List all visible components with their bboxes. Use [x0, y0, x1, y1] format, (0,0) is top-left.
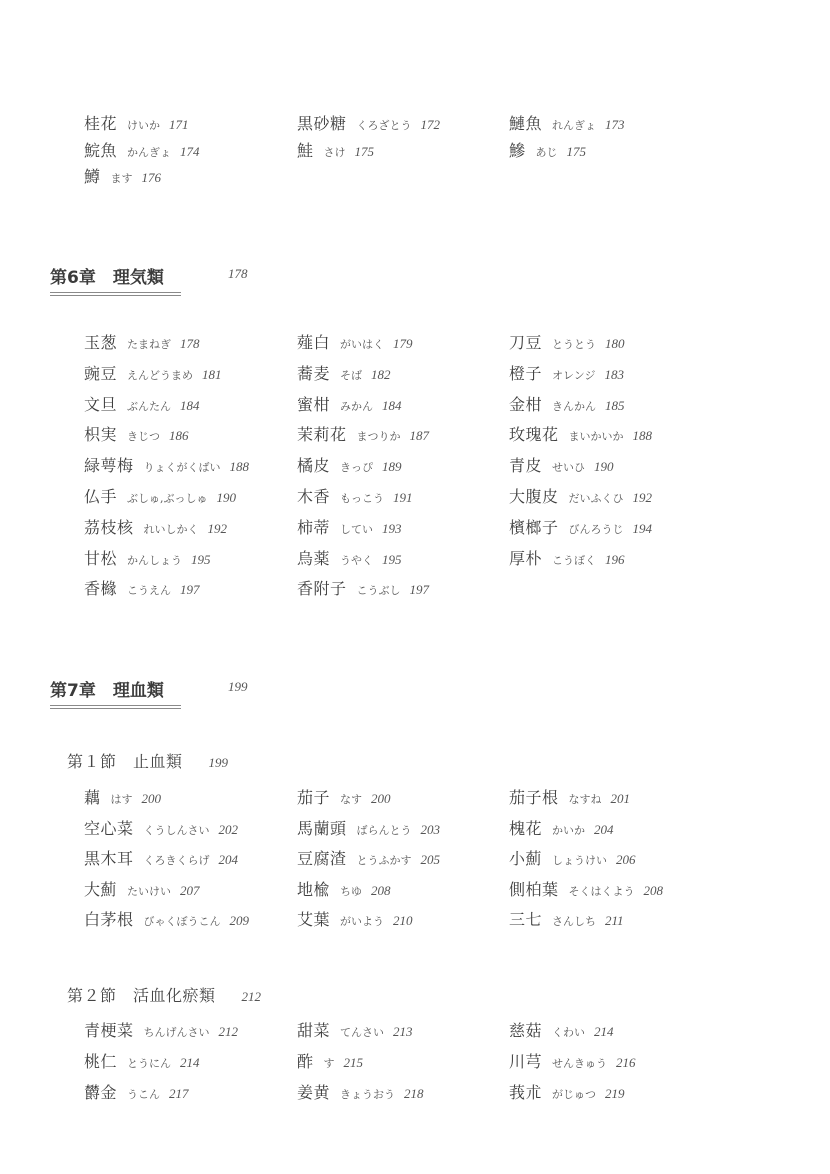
chapter-heading: 第7章 理血類199 — [50, 676, 181, 709]
entry-reading: だいふくひ — [569, 490, 624, 506]
index-row: 香櫞こうえん197香附子こうぶし197 — [0, 576, 830, 602]
index-row: 文旦ぶんたん184蜜柑みかん184金柑きんかん185 — [0, 392, 830, 418]
index-entry: 厚朴こうぼく196 — [509, 546, 625, 569]
index-row: 茘枝核れいしかく192柿蒂してい193檳榔子びんろうじ194 — [0, 515, 830, 541]
entry-page-number: 174 — [180, 144, 200, 160]
entry-page-number: 197 — [180, 582, 200, 598]
entry-reading: とうとう — [552, 336, 596, 352]
index-entry: 鰱魚れんぎょ173 — [509, 111, 625, 134]
entry-term: 大薊 — [84, 877, 117, 900]
entry-term: 鰺 — [509, 138, 526, 161]
entry-page-number: 211 — [605, 913, 624, 929]
entry-reading: さんしち — [552, 913, 596, 929]
entry-reading: がいよう — [340, 913, 384, 929]
entry-term: 茉莉花 — [297, 422, 347, 445]
entry-reading: まいかいか — [569, 428, 624, 444]
index-entry: 桃仁とうにん214 — [84, 1049, 200, 1072]
entry-term: 玫瑰花 — [509, 422, 559, 445]
index-entry: 大薊たいけい207 — [84, 877, 200, 900]
entry-page-number: 188 — [230, 459, 250, 475]
entry-reading: ちゆ — [340, 883, 362, 899]
entry-page-number: 197 — [410, 582, 430, 598]
entry-reading: なすね — [569, 791, 602, 807]
entry-reading: ちんげんさい — [144, 1024, 210, 1040]
entry-reading: ぶんたん — [127, 398, 171, 414]
entry-page-number: 188 — [633, 428, 653, 444]
chapter-page-number: 178 — [228, 266, 248, 282]
entry-page-number: 196 — [605, 552, 625, 568]
entry-reading: うこん — [127, 1086, 160, 1102]
entry-term: 甘松 — [84, 546, 117, 569]
index-entry: 莪朮がじゅつ219 — [509, 1080, 625, 1103]
index-entry: 烏薬うやく195 — [297, 546, 402, 569]
entry-reading: してい — [340, 521, 373, 537]
index-entry: 文旦ぶんたん184 — [84, 392, 200, 415]
entry-term: 鯇魚 — [84, 138, 117, 161]
entry-page-number: 218 — [404, 1086, 424, 1102]
entry-reading: てんさい — [340, 1024, 384, 1040]
entry-term: 姜黄 — [297, 1080, 330, 1103]
entry-reading: くわい — [552, 1024, 585, 1040]
entry-page-number: 204 — [219, 852, 239, 868]
entry-reading: がいはく — [340, 336, 384, 352]
entry-reading: あじ — [536, 144, 558, 160]
entry-term: 藕 — [84, 785, 101, 808]
entry-term: 小薊 — [509, 846, 542, 869]
index-entry: 香附子こうぶし197 — [297, 576, 429, 599]
entry-page-number: 175 — [355, 144, 375, 160]
index-entry: 茉莉花まつりか187 — [297, 422, 429, 445]
entry-reading: そば — [340, 367, 362, 383]
entry-page-number: 194 — [633, 521, 653, 537]
entry-reading: きじつ — [127, 428, 160, 444]
entry-reading: ます — [111, 170, 133, 186]
entry-page-number: 190 — [594, 459, 614, 475]
entry-term: 香附子 — [297, 576, 347, 599]
index-row: 甘松かんしょう195烏薬うやく195厚朴こうぼく196 — [0, 546, 830, 572]
entry-page-number: 216 — [616, 1055, 636, 1071]
index-row: 藕はす200茄子なす200茄子根なすね201 — [0, 785, 830, 811]
index-entry: 艾葉がいよう210 — [297, 907, 413, 930]
index-entry: 茄子なす200 — [297, 785, 391, 808]
index-row: 鱒ます176 — [0, 164, 830, 190]
chapter-title: 第7章 理血類 — [50, 676, 181, 709]
entry-term: 枳実 — [84, 422, 117, 445]
entry-reading: りょくがくばい — [144, 459, 221, 475]
index-row: 桂花けいか171黒砂糖くろざとう172鰱魚れんぎょ173 — [0, 111, 830, 137]
entry-term: 玉葱 — [84, 330, 117, 353]
entry-reading: たいけい — [127, 883, 171, 899]
index-entry: 鱒ます176 — [84, 164, 161, 187]
entry-reading: せんきゅう — [552, 1055, 607, 1071]
entry-term: 馬蘭頭 — [297, 816, 347, 839]
entry-page-number: 214 — [180, 1055, 200, 1071]
entry-reading: さけ — [324, 144, 346, 160]
entry-term: 艾葉 — [297, 907, 330, 930]
entry-page-number: 176 — [142, 170, 162, 186]
entry-page-number: 215 — [344, 1055, 364, 1071]
entry-reading: えんどうまめ — [127, 367, 193, 383]
index-row: 鯇魚かんぎょ174鮭さけ175鰺あじ175 — [0, 138, 830, 164]
entry-page-number: 195 — [382, 552, 402, 568]
entry-term: 黒砂糖 — [297, 111, 347, 134]
index-entry: 鰺あじ175 — [509, 138, 586, 161]
entry-reading: しょうけい — [552, 852, 607, 868]
index-entry: 鮭さけ175 — [297, 138, 374, 161]
entry-term: 蜜柑 — [297, 392, 330, 415]
section-heading: 第２節 活血化瘀類212 — [67, 983, 261, 1006]
index-entry: 緑萼梅りょくがくばい188 — [84, 453, 249, 476]
entry-reading: もっこう — [340, 490, 384, 506]
index-entry: 大腹皮だいふくひ192 — [509, 484, 652, 507]
entry-page-number: 183 — [604, 367, 624, 383]
chapter-title: 第6章 理気類 — [50, 263, 181, 296]
index-entry: 檳榔子びんろうじ194 — [509, 515, 652, 538]
index-entry: 地楡ちゆ208 — [297, 877, 391, 900]
entry-page-number: 184 — [382, 398, 402, 414]
section-heading: 第１節 止血類199 — [67, 749, 228, 772]
entry-term: 鱒 — [84, 164, 101, 187]
index-entry: 桂花けいか171 — [84, 111, 189, 134]
entry-page-number: 204 — [594, 822, 614, 838]
entry-term: 茄子根 — [509, 785, 559, 808]
entry-reading: きっぴ — [340, 459, 373, 475]
entry-page-number: 186 — [169, 428, 189, 444]
entry-term: 側柏葉 — [509, 877, 559, 900]
index-row: 玉葱たまねぎ178薤白がいはく179刀豆とうとう180 — [0, 330, 830, 356]
entry-term: 槐花 — [509, 816, 542, 839]
entry-page-number: 200 — [371, 791, 391, 807]
entry-page-number: 191 — [393, 490, 413, 506]
entry-reading: くろきくらげ — [144, 852, 210, 868]
entry-term: 香櫞 — [84, 576, 117, 599]
index-entry: 金柑きんかん185 — [509, 392, 625, 415]
index-entry: 玉葱たまねぎ178 — [84, 330, 200, 353]
index-entry: 茄子根なすね201 — [509, 785, 630, 808]
entry-reading: けいか — [127, 117, 160, 133]
entry-page-number: 193 — [382, 521, 402, 537]
index-entry: 空心菜くうしんさい202 — [84, 816, 238, 839]
entry-reading: かんぎょ — [127, 144, 171, 160]
entry-reading: こうぼく — [552, 552, 596, 568]
entry-reading: みかん — [340, 398, 373, 414]
entry-page-number: 173 — [605, 117, 625, 133]
section-title: 第２節 活血化瘀類 — [67, 983, 216, 1006]
entry-page-number: 182 — [371, 367, 391, 383]
entry-page-number: 181 — [202, 367, 222, 383]
entry-reading: なす — [340, 791, 362, 807]
entry-term: 慈菇 — [509, 1018, 542, 1041]
entry-page-number: 187 — [410, 428, 430, 444]
index-entry: 橙子オレンジ183 — [509, 361, 624, 384]
index-entry: 橘皮きっぴ189 — [297, 453, 402, 476]
index-entry: 慈菇くわい214 — [509, 1018, 614, 1041]
entry-reading: びゃくぼうこん — [144, 913, 221, 929]
entry-page-number: 195 — [191, 552, 211, 568]
index-entry: 鯇魚かんぎょ174 — [84, 138, 200, 161]
entry-page-number: 210 — [393, 913, 413, 929]
index-entry: 川芎せんきゅう216 — [509, 1049, 636, 1072]
index-entry: 茘枝核れいしかく192 — [84, 515, 227, 538]
index-entry: 藕はす200 — [84, 785, 161, 808]
entry-term: 鰱魚 — [509, 111, 542, 134]
entry-reading: かんしょう — [127, 552, 182, 568]
entry-term: 三七 — [509, 907, 542, 930]
index-entry: 小薊しょうけい206 — [509, 846, 636, 869]
entry-reading: れんぎょ — [552, 117, 596, 133]
entry-reading: かいか — [552, 822, 585, 838]
index-entry: 蜜柑みかん184 — [297, 392, 402, 415]
section-page-number: 212 — [242, 989, 262, 1005]
entry-reading: せいひ — [552, 459, 585, 475]
entry-term: 桂花 — [84, 111, 117, 134]
entry-term: 茄子 — [297, 785, 330, 808]
entry-reading: きんかん — [552, 398, 596, 414]
entry-page-number: 209 — [230, 913, 250, 929]
index-entry: 白茅根びゃくぼうこん209 — [84, 907, 249, 930]
entry-term: 薤白 — [297, 330, 330, 353]
entry-page-number: 184 — [180, 398, 200, 414]
index-entry: 刀豆とうとう180 — [509, 330, 625, 353]
entry-reading: くうしんさい — [144, 822, 210, 838]
entry-reading: たまねぎ — [127, 336, 171, 352]
index-entry: 仏手ぶしゅ,ぶっしゅ190 — [84, 484, 236, 507]
entry-term: 烏薬 — [297, 546, 330, 569]
index-row: 大薊たいけい207地楡ちゆ208側柏葉そくはくよう208 — [0, 877, 830, 903]
index-row: 桃仁とうにん214酢す215川芎せんきゅう216 — [0, 1049, 830, 1075]
index-row: 枳実きじつ186茉莉花まつりか187玫瑰花まいかいか188 — [0, 422, 830, 448]
entry-reading: ぶしゅ,ぶっしゅ — [127, 490, 208, 506]
index-entry: 姜黄きょうおう218 — [297, 1080, 424, 1103]
entry-term: 刀豆 — [509, 330, 542, 353]
entry-term: 白茅根 — [84, 907, 134, 930]
entry-reading: とうふかす — [357, 852, 412, 868]
entry-reading: きょうおう — [340, 1086, 395, 1102]
index-entry: 玫瑰花まいかいか188 — [509, 422, 652, 445]
entry-term: 欝金 — [84, 1080, 117, 1103]
entry-page-number: 189 — [382, 459, 402, 475]
index-entry: 木香もっこう191 — [297, 484, 413, 507]
entry-term: 酢 — [297, 1049, 314, 1072]
index-row: 空心菜くうしんさい202馬蘭頭ばらんとう203槐花かいか204 — [0, 816, 830, 842]
index-entry: 枳実きじつ186 — [84, 422, 189, 445]
entry-term: 鮭 — [297, 138, 314, 161]
entry-reading: れいしかく — [144, 521, 199, 537]
index-entry: 香櫞こうえん197 — [84, 576, 200, 599]
entry-page-number: 202 — [219, 822, 239, 838]
index-entry: 甘松かんしょう195 — [84, 546, 211, 569]
index-entry: 馬蘭頭ばらんとう203 — [297, 816, 440, 839]
index-row: 青梗菜ちんげんさい212甜菜てんさい213慈菇くわい214 — [0, 1018, 830, 1044]
entry-page-number: 206 — [616, 852, 636, 868]
index-entry: 青梗菜ちんげんさい212 — [84, 1018, 238, 1041]
entry-term: 豆腐渣 — [297, 846, 347, 869]
entry-page-number: 190 — [217, 490, 237, 506]
entry-term: 莪朮 — [509, 1080, 542, 1103]
entry-reading: こうぶし — [357, 582, 401, 598]
entry-page-number: 201 — [611, 791, 631, 807]
index-entry: 黒木耳くろきくらげ204 — [84, 846, 238, 869]
index-entry: 柿蒂してい193 — [297, 515, 402, 538]
entry-term: 茘枝核 — [84, 515, 134, 538]
entry-page-number: 205 — [421, 852, 441, 868]
entry-term: 大腹皮 — [509, 484, 559, 507]
entry-term: 橘皮 — [297, 453, 330, 476]
entry-term: 緑萼梅 — [84, 453, 134, 476]
entry-term: 柿蒂 — [297, 515, 330, 538]
entry-term: 甜菜 — [297, 1018, 330, 1041]
entry-reading: そくはくよう — [569, 883, 635, 899]
entry-page-number: 203 — [421, 822, 441, 838]
index-row: 欝金うこん217姜黄きょうおう218莪朮がじゅつ219 — [0, 1080, 830, 1106]
entry-term: 青皮 — [509, 453, 542, 476]
index-row: 仏手ぶしゅ,ぶっしゅ190木香もっこう191大腹皮だいふくひ192 — [0, 484, 830, 510]
entry-term: 檳榔子 — [509, 515, 559, 538]
entry-page-number: 192 — [208, 521, 228, 537]
entry-page-number: 200 — [142, 791, 162, 807]
entry-reading: まつりか — [357, 428, 401, 444]
index-entry: 甜菜てんさい213 — [297, 1018, 413, 1041]
entry-reading: うやく — [340, 552, 373, 568]
entry-term: 川芎 — [509, 1049, 542, 1072]
chapter-heading: 第6章 理気類178 — [50, 263, 181, 296]
entry-term: 金柑 — [509, 392, 542, 415]
entry-page-number: 207 — [180, 883, 200, 899]
section-title: 第１節 止血類 — [67, 749, 183, 772]
section-page-number: 199 — [209, 755, 229, 771]
index-entry: 豆腐渣とうふかす205 — [297, 846, 440, 869]
entry-reading: ばらんとう — [357, 822, 412, 838]
entry-term: 橙子 — [509, 361, 542, 384]
entry-reading: びんろうじ — [569, 521, 624, 537]
entry-page-number: 171 — [169, 117, 189, 133]
entry-page-number: 175 — [567, 144, 587, 160]
index-entry: 青皮せいひ190 — [509, 453, 614, 476]
entry-page-number: 185 — [605, 398, 625, 414]
entry-page-number: 213 — [393, 1024, 413, 1040]
index-entry: 黒砂糖くろざとう172 — [297, 111, 440, 134]
entry-term: 豌豆 — [84, 361, 117, 384]
entry-page-number: 208 — [371, 883, 391, 899]
entry-term: 仏手 — [84, 484, 117, 507]
index-row: 豌豆えんどうまめ181蕎麦そば182橙子オレンジ183 — [0, 361, 830, 387]
index-row: 黒木耳くろきくらげ204豆腐渣とうふかす205小薊しょうけい206 — [0, 846, 830, 872]
entry-page-number: 219 — [605, 1086, 625, 1102]
entry-term: 青梗菜 — [84, 1018, 134, 1041]
entry-reading: くろざとう — [357, 117, 412, 133]
entry-term: 桃仁 — [84, 1049, 117, 1072]
entry-term: 木香 — [297, 484, 330, 507]
entry-reading: こうえん — [127, 582, 171, 598]
entry-term: 空心菜 — [84, 816, 134, 839]
entry-page-number: 208 — [644, 883, 664, 899]
entry-page-number: 180 — [605, 336, 625, 352]
entry-term: 地楡 — [297, 877, 330, 900]
entry-page-number: 179 — [393, 336, 413, 352]
index-entry: 欝金うこん217 — [84, 1080, 189, 1103]
entry-page-number: 212 — [219, 1024, 239, 1040]
index-entry: 槐花かいか204 — [509, 816, 614, 839]
index-entry: 薤白がいはく179 — [297, 330, 413, 353]
index-entry: 豌豆えんどうまめ181 — [84, 361, 222, 384]
entry-reading: とうにん — [127, 1055, 171, 1071]
entry-reading: がじゅつ — [552, 1086, 596, 1102]
index-entry: 三七さんしち211 — [509, 907, 624, 930]
entry-page-number: 172 — [421, 117, 441, 133]
chapter-page-number: 199 — [228, 679, 248, 695]
index-entry: 蕎麦そば182 — [297, 361, 391, 384]
entry-page-number: 214 — [594, 1024, 614, 1040]
index-entry: 酢す215 — [297, 1049, 363, 1072]
entry-reading: す — [324, 1055, 335, 1071]
index-row: 緑萼梅りょくがくばい188橘皮きっぴ189青皮せいひ190 — [0, 453, 830, 479]
entry-page-number: 217 — [169, 1086, 189, 1102]
entry-term: 文旦 — [84, 392, 117, 415]
index-row: 白茅根びゃくぼうこん209艾葉がいよう210三七さんしち211 — [0, 907, 830, 933]
entry-reading: オレンジ — [552, 367, 595, 383]
entry-term: 厚朴 — [509, 546, 542, 569]
entry-term: 蕎麦 — [297, 361, 330, 384]
entry-page-number: 192 — [633, 490, 653, 506]
entry-page-number: 178 — [180, 336, 200, 352]
index-entry: 側柏葉そくはくよう208 — [509, 877, 663, 900]
entry-term: 黒木耳 — [84, 846, 134, 869]
entry-reading: はす — [111, 791, 133, 807]
